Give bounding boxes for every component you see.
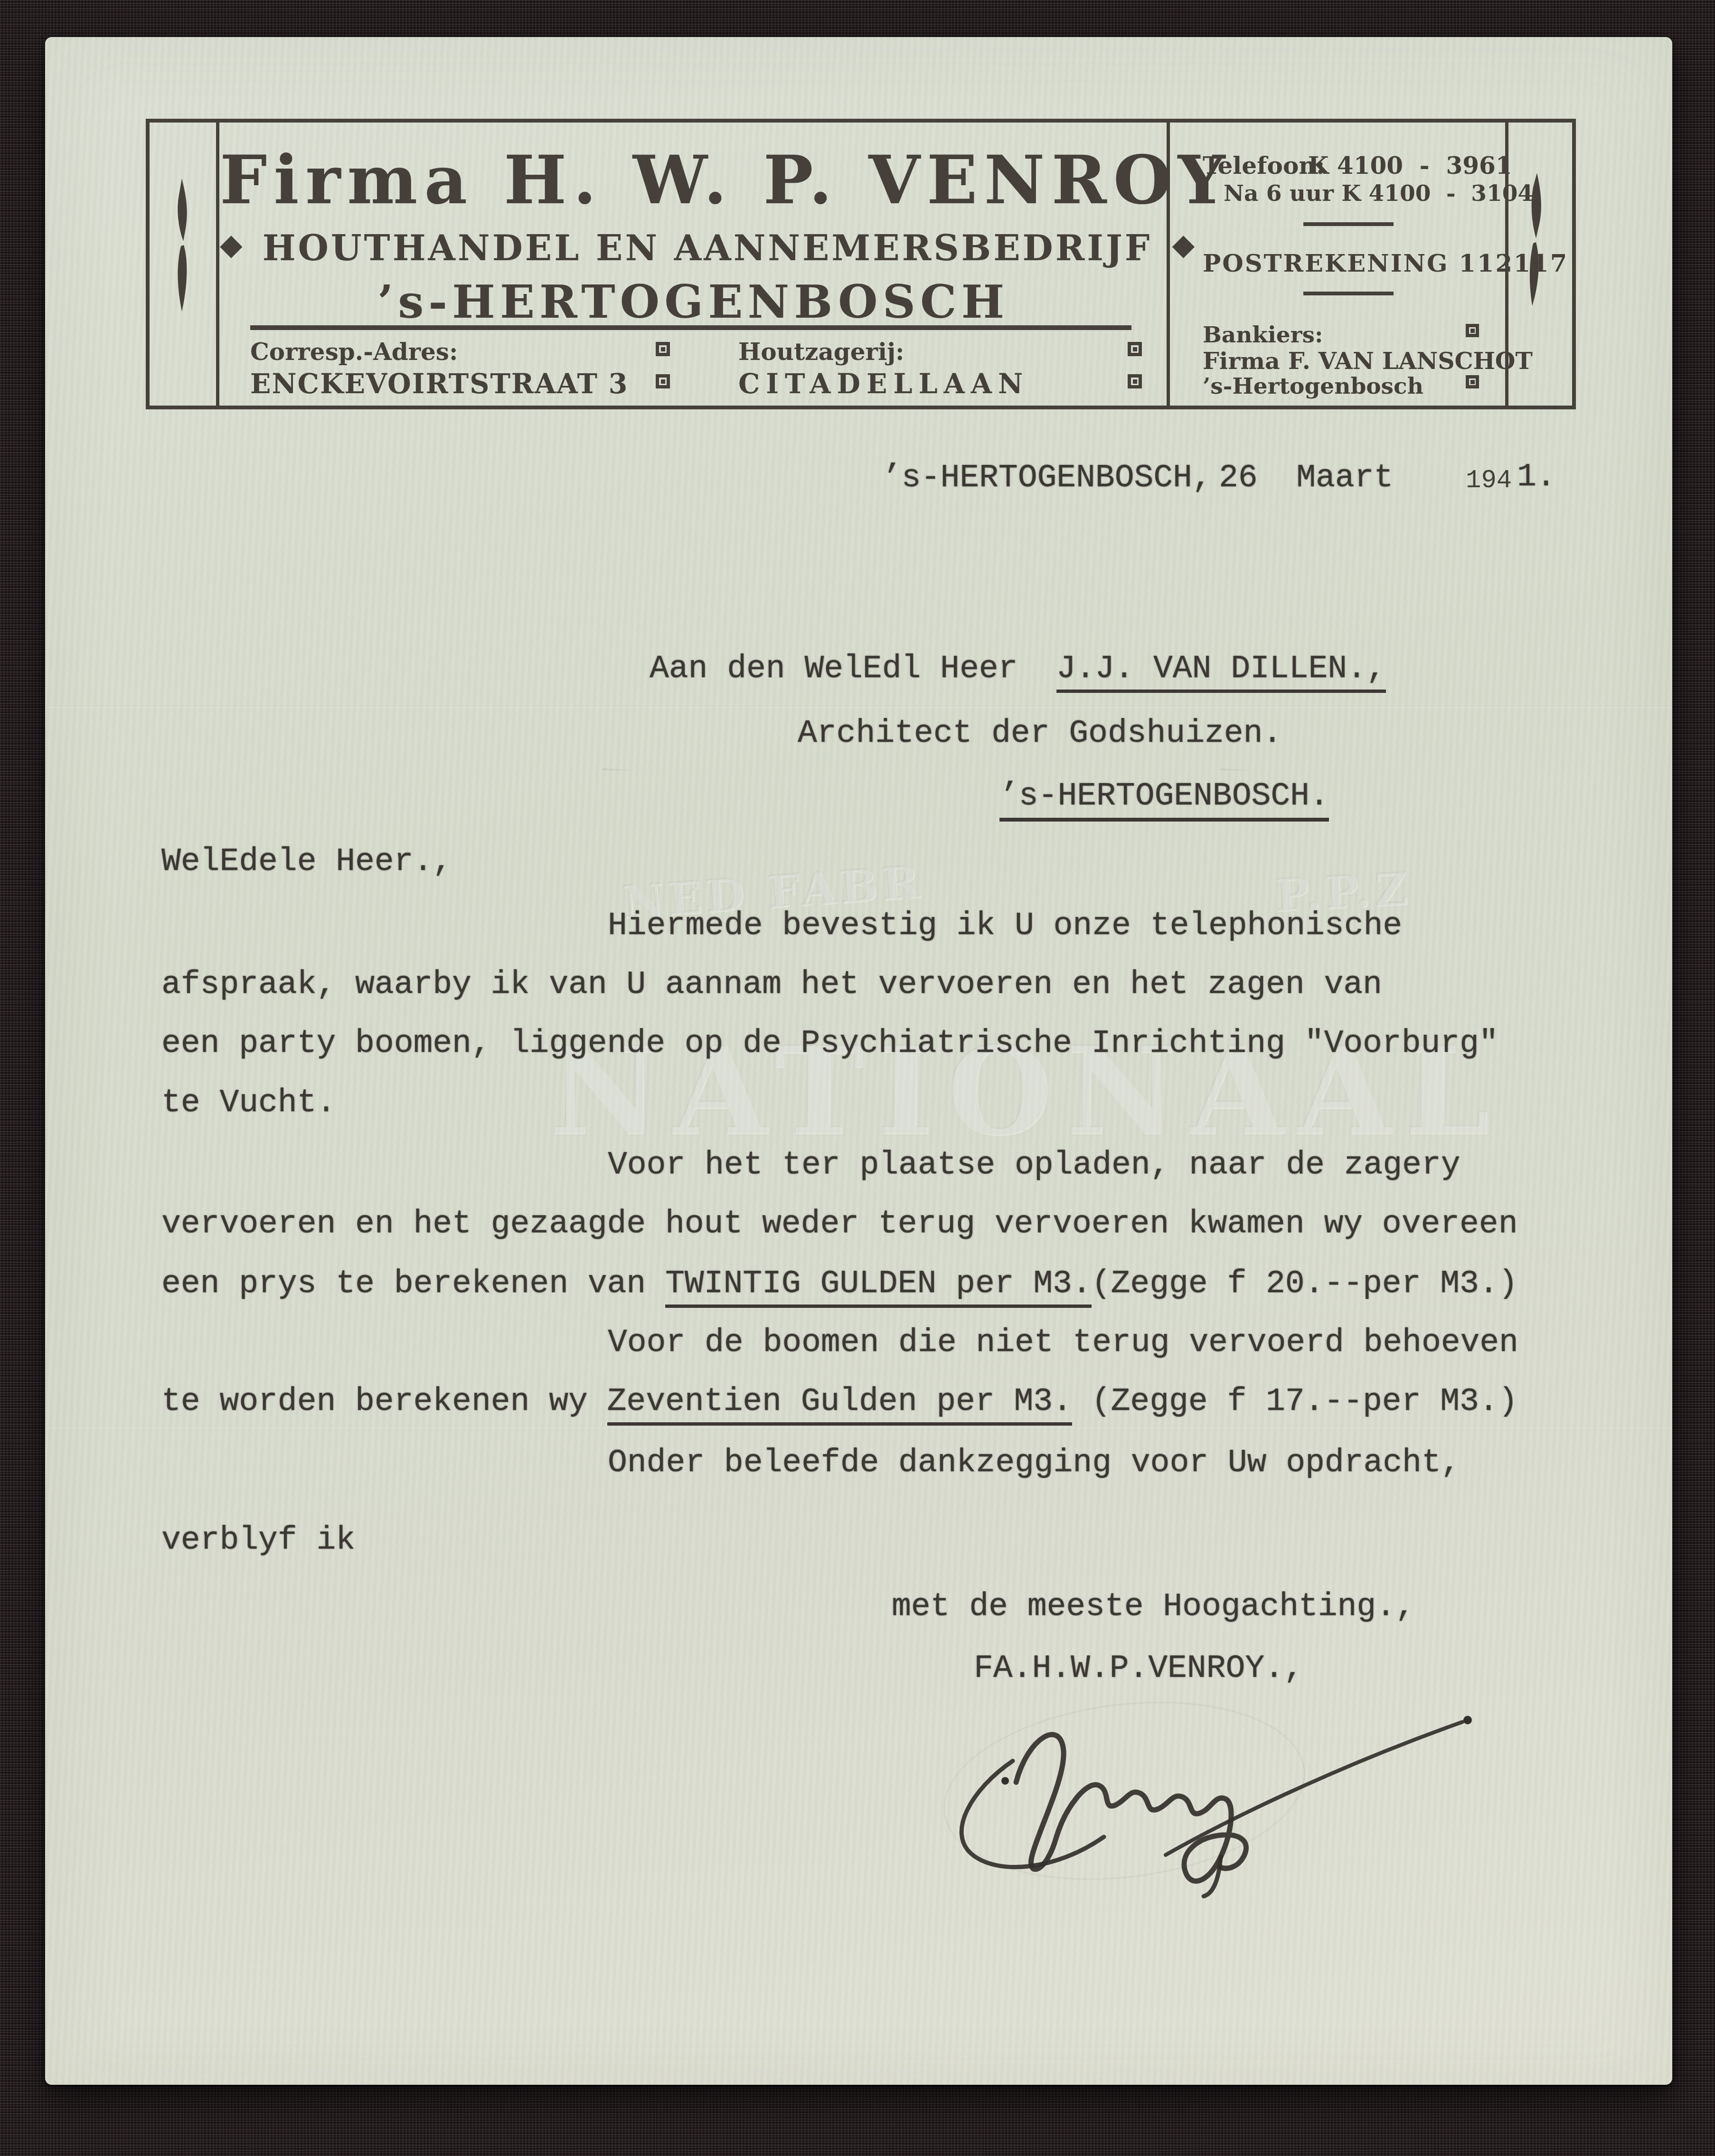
sawmill-label: Houtzagerij: [738,340,905,364]
company-initials-name: H. W. P. VENROY [504,142,1232,219]
body-line: afspraak, waarby ik van U aannam het ver… [161,969,1382,1001]
addressee-prefix: Aan den WelEdl Heer [650,651,1056,687]
price-prefix: een prys te berekenen van [161,1266,665,1302]
photographed-letter-scan: { "colors": { "fabric_background": "#292… [0,0,1715,2156]
body-line: verblyf ik [161,1524,355,1557]
addressee-line-3: ’s-HERTOGENBOSCH. [999,780,1329,813]
business-line: ◆HOUTHANDEL EN AANNEMERSBEDRIJF◆ [220,230,1167,266]
addressee-line-2: Architect der Godshuizen. [798,718,1282,750]
phone-after6-value: Na 6 uur K 4100 - 3104 [1224,182,1533,205]
body-line: een party boomen, liggende op de Psychia… [161,1028,1498,1060]
date-year-typed: 1. [1517,461,1556,493]
registration-square-icon [1128,374,1142,388]
date-day-month: 26 Maart [1219,462,1393,494]
divider [216,123,219,406]
phone-value: K 4100 - 3961 [1308,154,1512,178]
salutation: WelEdele Heer., [161,846,452,878]
company-prefix: Firma [220,142,474,219]
addressee-city: ’s-HERTOGENBOSCH. [999,778,1329,822]
ornament-leaf-icon [1520,168,1551,311]
addressee-name: J.J. VAN DILLEN., [1056,651,1386,693]
company-city: ’s-HERTOGENBOSCH [220,279,1167,325]
date-city: ’s-HERTOGENBOSCH, [882,462,1212,494]
price-prefix: te worden berekenen wy [161,1383,607,1420]
corresp-address-value: ENCKEVOIRTSTRAAT 3 [250,370,628,397]
price-underlined: TWINTIG GULDEN per M3. [665,1266,1092,1308]
price-underlined: Zeventien Gulden per M3. [607,1383,1072,1426]
addressee-line-1: Aan den WelEdl Heer J.J. VAN DILLEN., [650,653,1386,685]
fold-crease [45,706,1672,708]
date-year-preprinted: 194 [1466,468,1512,494]
business-line-text: HOUTHANDEL EN AANNEMERSBEDRIJF [263,228,1152,269]
registration-square-icon [1466,375,1479,388]
registration-square-icon [1128,342,1142,356]
body-line: Voor het ter plaatse opladen, naar de za… [608,1149,1461,1182]
ornament-leaf-icon [168,179,199,312]
bankers-label: Bankiers: [1203,324,1323,346]
divider [1303,292,1394,295]
letterhead: Firma H. W. P. VENROY ◆HOUTHANDEL EN AAN… [146,119,1576,409]
body-line: Hiermede bevestig ik U onze telephonisch… [608,910,1402,942]
divider [250,325,1131,330]
registration-square-icon [1466,324,1479,337]
price-suffix: (Zegge f 17.--per M3.) [1072,1383,1518,1420]
body-line-price-twenty: een prys te berekenen van TWINTIG GULDEN… [161,1268,1517,1300]
bankers-city: ’s-Hertogenbosch [1203,375,1423,397]
closing-line-1: met de meeste Hoogachting., [892,1591,1415,1623]
sawmill-value: CITADELLAAN [738,370,1029,397]
registration-square-icon [656,374,670,388]
price-suffix: (Zegge f 20.--per M3.) [1092,1266,1518,1302]
fold-crease [45,1426,1672,1428]
diamond-icon: ◆ [1172,227,1195,262]
company-name: Firma H. W. P. VENROY [220,147,1167,214]
divider [1303,222,1394,226]
signature-venroy [900,1680,1527,1899]
letter-page: NED FABR P.P.Z NATIONAAL Firma H. W. P. … [45,37,1672,2085]
body-line: Voor de boomen die niet terug vervoerd b… [608,1327,1518,1359]
registration-square-icon [656,342,670,356]
body-line-price-seventeen: te worden berekenen wy Zeventien Gulden … [161,1386,1517,1418]
body-line: vervoeren en het gezaagde hout weder ter… [161,1208,1517,1240]
diamond-icon: ◆ [220,227,243,262]
corresp-address-label: Corresp.-Adres: [250,340,458,364]
phone-label: Telefoon: [1203,154,1325,178]
postal-account: POSTREKENING 112117 [1203,252,1568,276]
body-line: te Vucht. [161,1087,336,1119]
body-line: Onder beleefde dankzegging voor Uw opdra… [608,1447,1461,1479]
bankers-name: Firma F. VAN LANSCHOT [1203,350,1533,373]
